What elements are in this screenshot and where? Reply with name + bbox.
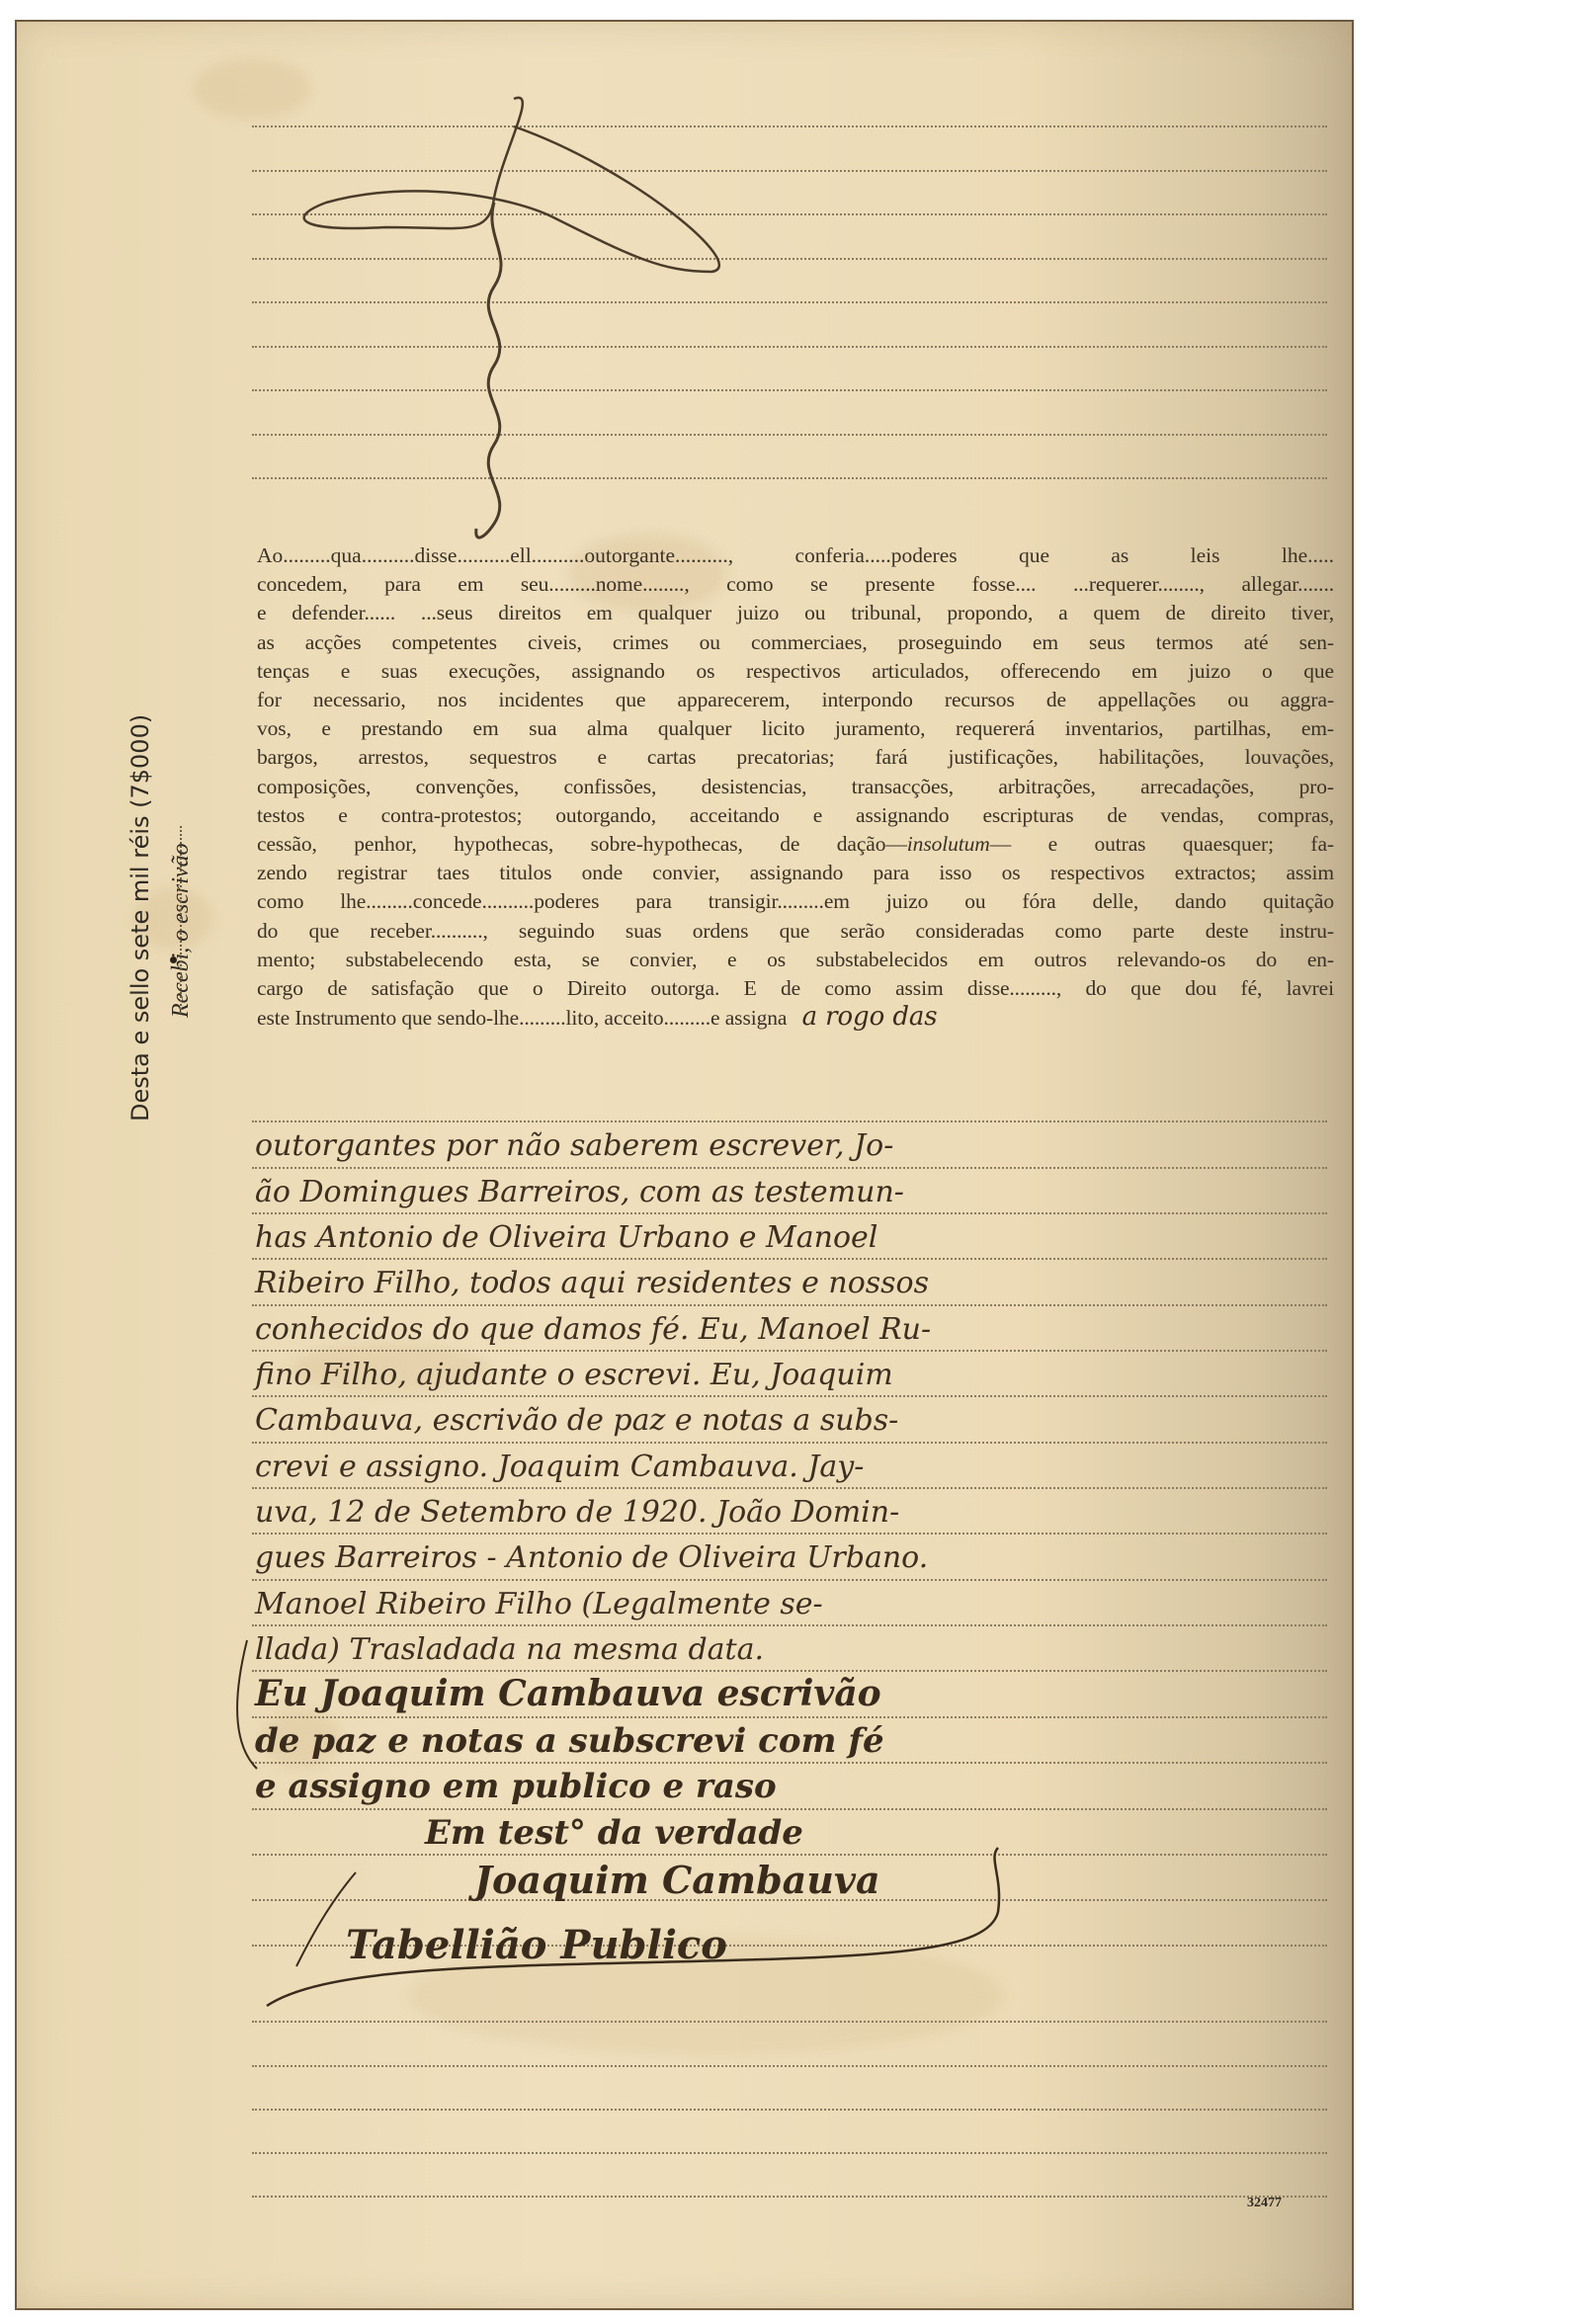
signature-flourish bbox=[0, 0, 1587, 2324]
form-number: 32477 bbox=[1247, 2196, 1282, 2211]
